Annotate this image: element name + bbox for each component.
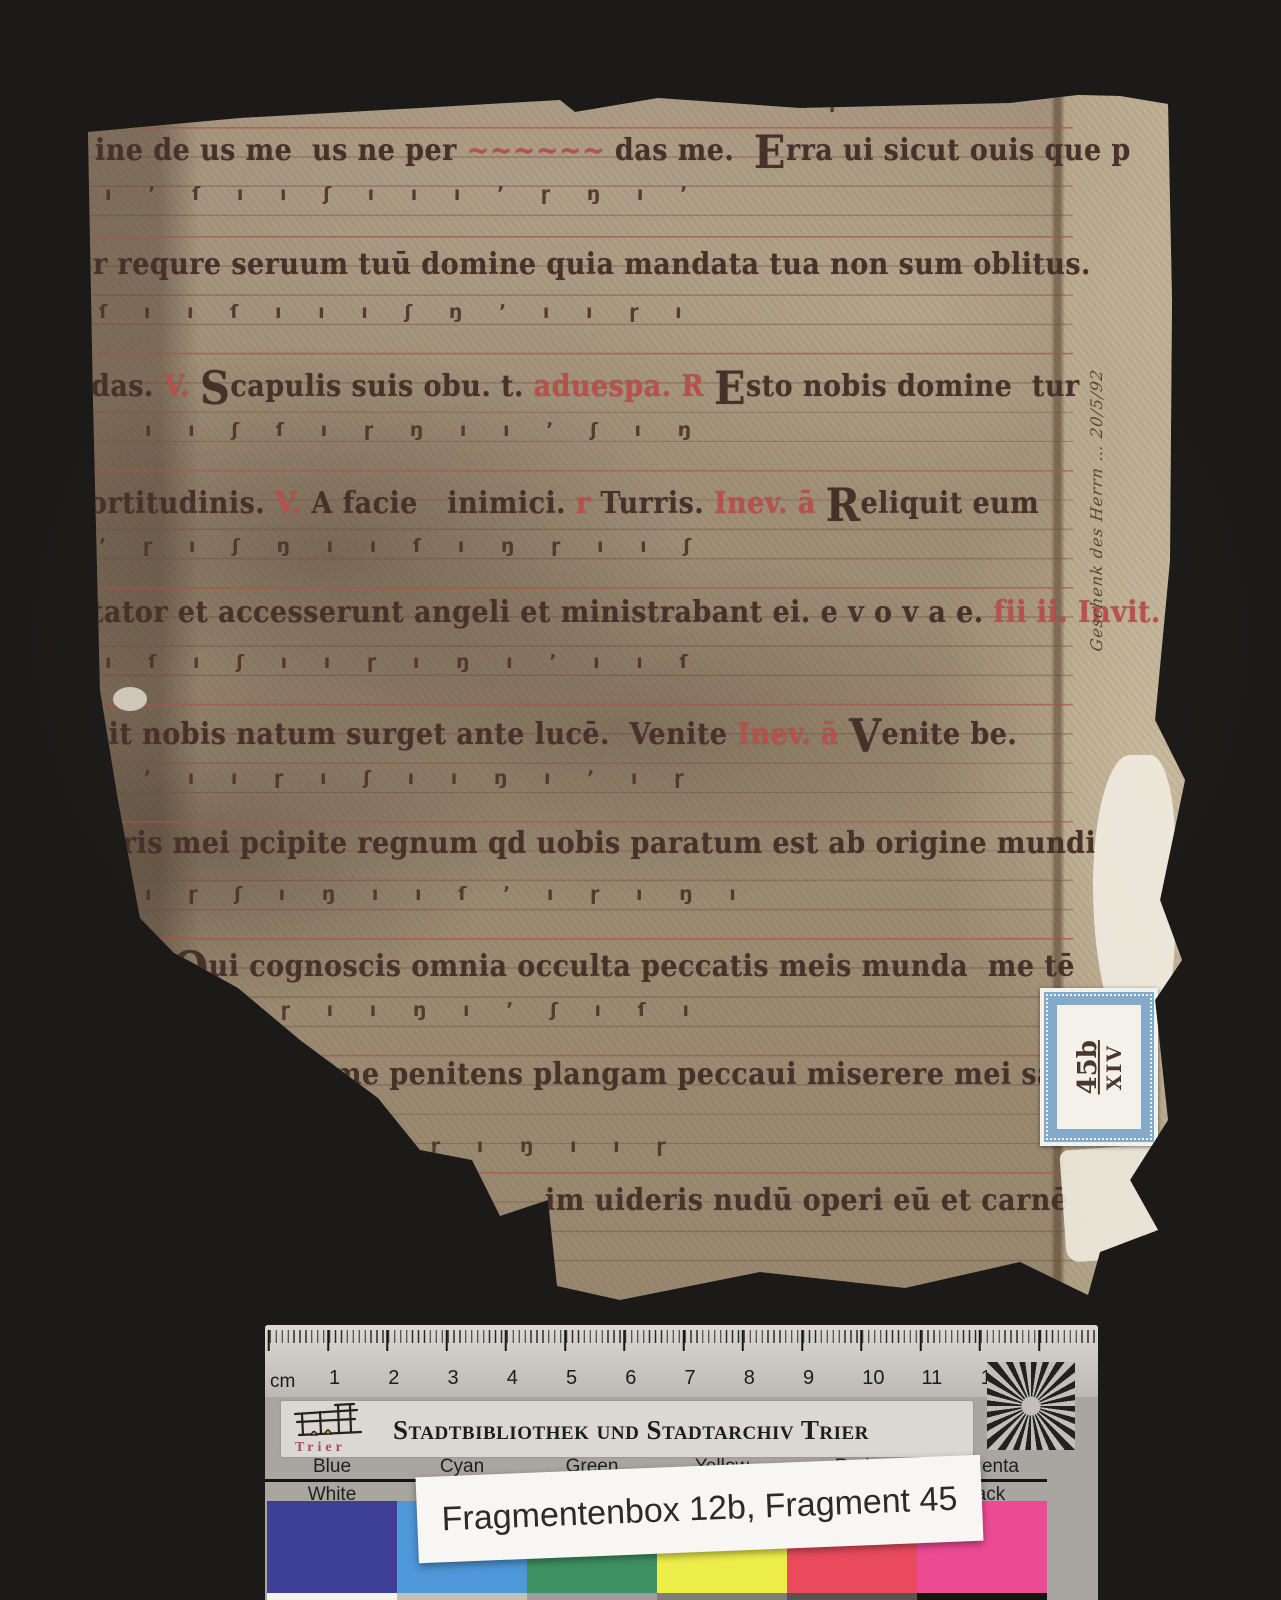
- logo-trier-label: Trier: [295, 1440, 346, 1456]
- neume-row: ı ʼ ſ ı ı ʃ ı ı ı ʼ ɼ ŋ ı ʼ: [105, 183, 694, 205]
- greyscale-patch: [657, 1593, 787, 1600]
- parchment-fragment: ʼ ı ine de us me us ne per ~~~~~~ das me…: [85, 95, 1190, 1305]
- text-segment: E: [714, 361, 746, 415]
- greyscale-patch: [527, 1593, 657, 1600]
- ruler-cm-ticks: [267, 1330, 1096, 1351]
- ruler-number: 5: [566, 1367, 577, 1390]
- stamp-number: 45b: [1074, 1040, 1103, 1094]
- ruler-number: 8: [744, 1367, 755, 1390]
- stamp-century: XIV: [1102, 1040, 1124, 1094]
- text-segment: ae.: [89, 949, 144, 984]
- neume-row: ı ı ʃ ſ ı ɼ ŋ ı ı ʼ ʃ ı ŋ: [145, 419, 698, 441]
- greyscale-patch: [787, 1593, 917, 1600]
- manuscript-text-line: atris mei pcipite regnum qd uobis paratu…: [91, 826, 1096, 861]
- marginalia-note: Geschenk des Herrn … 20/5/92: [1087, 210, 1106, 653]
- fragment-label-text: Fragmentenbox 12b, Fragment 45: [441, 1480, 958, 1539]
- rubric-segment: r: [576, 486, 601, 521]
- text-segment: im uideris nudū operi eū et carnē: [545, 1183, 1068, 1218]
- staff-ruling: [91, 113, 1073, 1275]
- paper-remnant: [113, 687, 147, 711]
- text-segment: ui cognoscis omnia occulta peccatis meis…: [209, 949, 1075, 984]
- text-segment: capulis suis obu. t.: [230, 369, 533, 404]
- manuscript-text-line: ortitudinis. V. A facie inimici. r Turri…: [89, 478, 1039, 532]
- ruler-number: 9: [803, 1367, 814, 1390]
- ruler-number: 10: [862, 1367, 884, 1390]
- manuscript-text-line: tator et accesserunt angeli et ministrab…: [91, 595, 1161, 630]
- neume-row: ʼ ı: [785, 95, 842, 117]
- manuscript-text-line: ae. ā Qui cognoscis omnia occulta peccat…: [89, 941, 1075, 995]
- ruler-number: 3: [448, 1367, 459, 1390]
- text-segment: das me.: [605, 133, 754, 168]
- text-segment: tator et accesserunt angeli et ministrab…: [91, 595, 993, 630]
- text-segment: E: [754, 125, 786, 179]
- ruler-unit-label: cm: [270, 1371, 295, 1393]
- text-segment: S: [200, 361, 230, 415]
- rubric-segment: Inev. ā: [737, 717, 849, 752]
- color-label-blue: Blue: [267, 1456, 397, 1478]
- greyscale-patch: [397, 1593, 527, 1600]
- color-patch-blue: [267, 1501, 397, 1593]
- text-segment: R: [826, 478, 861, 532]
- text-segment: eliquit eum: [861, 486, 1040, 521]
- neume-row: ſ ı ı ſ ı ı ı ʃ ŋ ʼ ı ı ɼ ı: [99, 301, 689, 323]
- text-segment: V: [849, 709, 882, 763]
- bottom-strip: [267, 1593, 1047, 1600]
- rubric-segment: ā: [144, 949, 172, 984]
- rubric-segment: fii ii. Invit.: [993, 595, 1160, 630]
- ruler-number: 4: [507, 1367, 518, 1390]
- archive-stamp-text: 45b XIV: [1074, 1040, 1125, 1094]
- text-segment: sit nobis natum surget ante lucē. Venite: [93, 717, 737, 752]
- neume-row: ſ ʼ ı ı ɼ ı ʃ ı ı ŋ ı ʼ ı ɼ: [99, 767, 690, 789]
- manuscript-text-line: r requre seruum tuū domine quia mandata …: [93, 247, 1091, 282]
- rubric-segment: Inev. ā: [714, 486, 826, 521]
- text-segment: ut me penitens plangam peccaui miserere …: [290, 1057, 1066, 1092]
- text-segment: atris mei pcipite regnum qd uobis paratu…: [91, 826, 1096, 861]
- text-segment: das.: [91, 369, 164, 404]
- ruler-number: 11: [922, 1367, 943, 1390]
- neume-row: ʃ ı ſ ı ɼ ı ı ŋ ı ʼ ʃ ı ſ ı: [105, 999, 696, 1021]
- neume-row: ı ı ʃ ɼ ı ŋ ı ı ɼ: [300, 1135, 673, 1157]
- rubric-segment: ~~~~~~: [467, 133, 605, 168]
- text-segment: Turris.: [600, 486, 714, 521]
- manuscript-text-line: ut me penitens plangam peccaui miserere …: [290, 1057, 1066, 1092]
- rubric-segment: V.: [275, 486, 311, 521]
- text-segment: ine de us me us ne per: [95, 133, 467, 168]
- ruler-number: 1: [329, 1367, 340, 1390]
- ruler-number: 7: [685, 1367, 696, 1390]
- text-segment: ortitudinis.: [89, 486, 275, 521]
- institution-title: Stadtbibliothek und Stadtarchiv Trier: [393, 1401, 967, 1457]
- ruler: cm 12345678910111213: [265, 1325, 1098, 1397]
- text-segment: rra ui sicut ouis que p: [786, 133, 1131, 168]
- text-segment: sto nobis domine tur: [746, 369, 1080, 404]
- color-calibration-target: cm 12345678910111213: [265, 1325, 1098, 1600]
- text-segment: enite be.: [882, 717, 1018, 752]
- manuscript-text-line: ine de us me us ne per ~~~~~~ das me. Er…: [95, 125, 1131, 179]
- greyscale-patch: [917, 1593, 1047, 1600]
- text-segment: A facie inimici.: [311, 486, 576, 521]
- ruler-number: 2: [388, 1367, 399, 1390]
- manuscript-text-line: sit nobis natum surget ante lucē. Venite…: [93, 709, 1017, 763]
- manuscript-text-line: im uideris nudū operi eū et carnē: [545, 1183, 1068, 1218]
- ruler-number: 6: [625, 1367, 636, 1390]
- siemens-star-icon: [987, 1362, 1075, 1450]
- archive-stamp: 45b XIV: [1040, 988, 1158, 1146]
- paper-remnant: [1059, 1143, 1175, 1262]
- institution-logo: Trier: [289, 1401, 383, 1457]
- neume-row: ı ſ ı ʃ ı ı ɼ ı ŋ ı ʼ ı ı ſ: [105, 651, 695, 673]
- greyscale-patch: [267, 1593, 397, 1600]
- neume-row: ʼ ɼ ı ʃ ŋ ı ı ſ ı ŋ ɼ ı ı ʃ: [99, 535, 698, 557]
- rubric-segment: V.: [164, 369, 200, 404]
- text-segment: Q: [172, 941, 209, 995]
- rubric-segment: aduespa. R: [534, 369, 714, 404]
- institution-banner: Trier Stadtbibliothek und Stadtarchiv Tr…: [281, 1401, 973, 1457]
- neume-row: ı ɼ ʃ ı ŋ ı ı ſ ʼ ı ɼ ı ŋ ı: [145, 883, 743, 905]
- manuscript-text-line: das. V. Scapulis suis obu. t. aduespa. R…: [91, 361, 1080, 415]
- porta-nigra-icon: [291, 1402, 369, 1442]
- text-segment: r requre seruum tuū domine quia mandata …: [93, 247, 1091, 282]
- photo-canvas: ʼ ı ine de us me us ne per ~~~~~~ das me…: [0, 0, 1281, 1600]
